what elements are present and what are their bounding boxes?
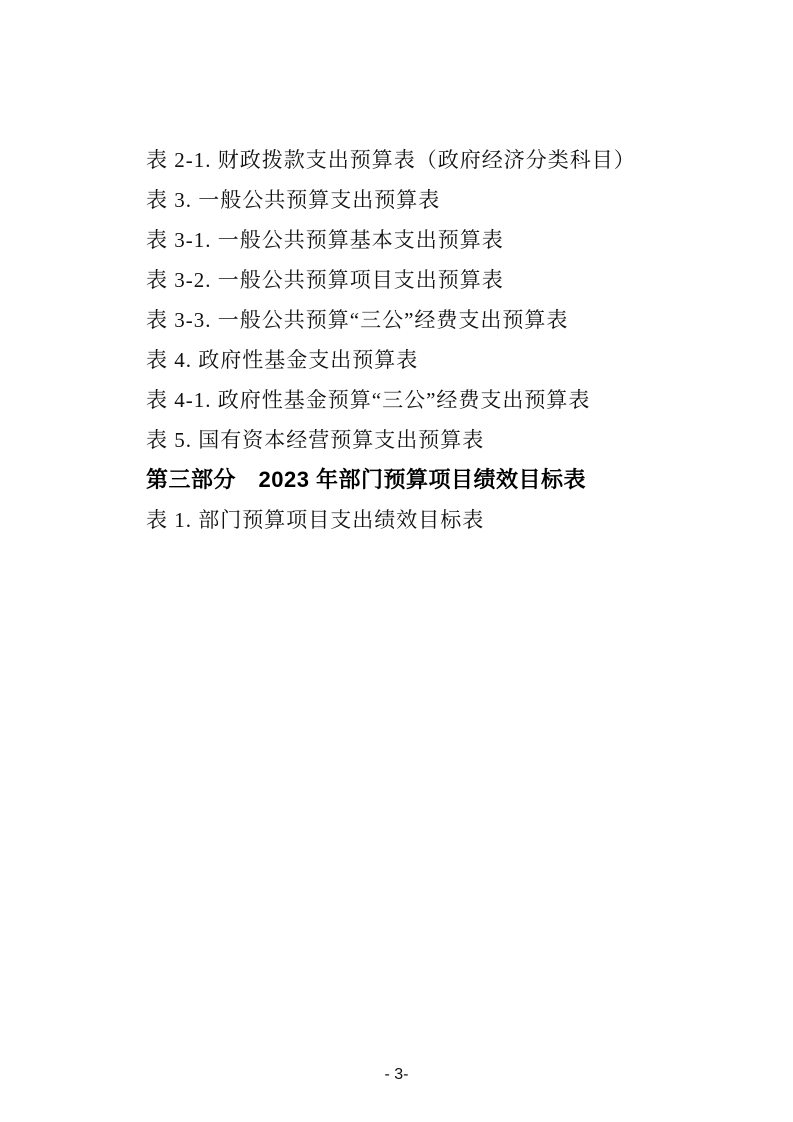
toc-entry: 表 4. 政府性基金支出预算表 [146, 340, 666, 380]
section-heading: 第三部分 2023 年部门预算项目绩效目标表 [146, 460, 666, 500]
toc-list: 表 2-1. 财政拨款支出预算表（政府经济分类科目） 表 3. 一般公共预算支出… [146, 140, 666, 540]
page-number: - 3- [0, 1066, 793, 1084]
document-page: 表 2-1. 财政拨款支出预算表（政府经济分类科目） 表 3. 一般公共预算支出… [0, 0, 793, 1122]
toc-entry: 表 4-1. 政府性基金预算“三公”经费支出预算表 [146, 380, 666, 420]
toc-entry: 表 3. 一般公共预算支出预算表 [146, 180, 666, 220]
toc-entry: 表 3-3. 一般公共预算“三公”经费支出预算表 [146, 300, 666, 340]
toc-entry: 表 2-1. 财政拨款支出预算表（政府经济分类科目） [146, 140, 666, 180]
toc-entry: 表 1. 部门预算项目支出绩效目标表 [146, 500, 666, 540]
toc-entry: 表 3-2. 一般公共预算项目支出预算表 [146, 260, 666, 300]
toc-entry: 表 3-1. 一般公共预算基本支出预算表 [146, 220, 666, 260]
toc-entry: 表 5. 国有资本经营预算支出预算表 [146, 420, 666, 460]
